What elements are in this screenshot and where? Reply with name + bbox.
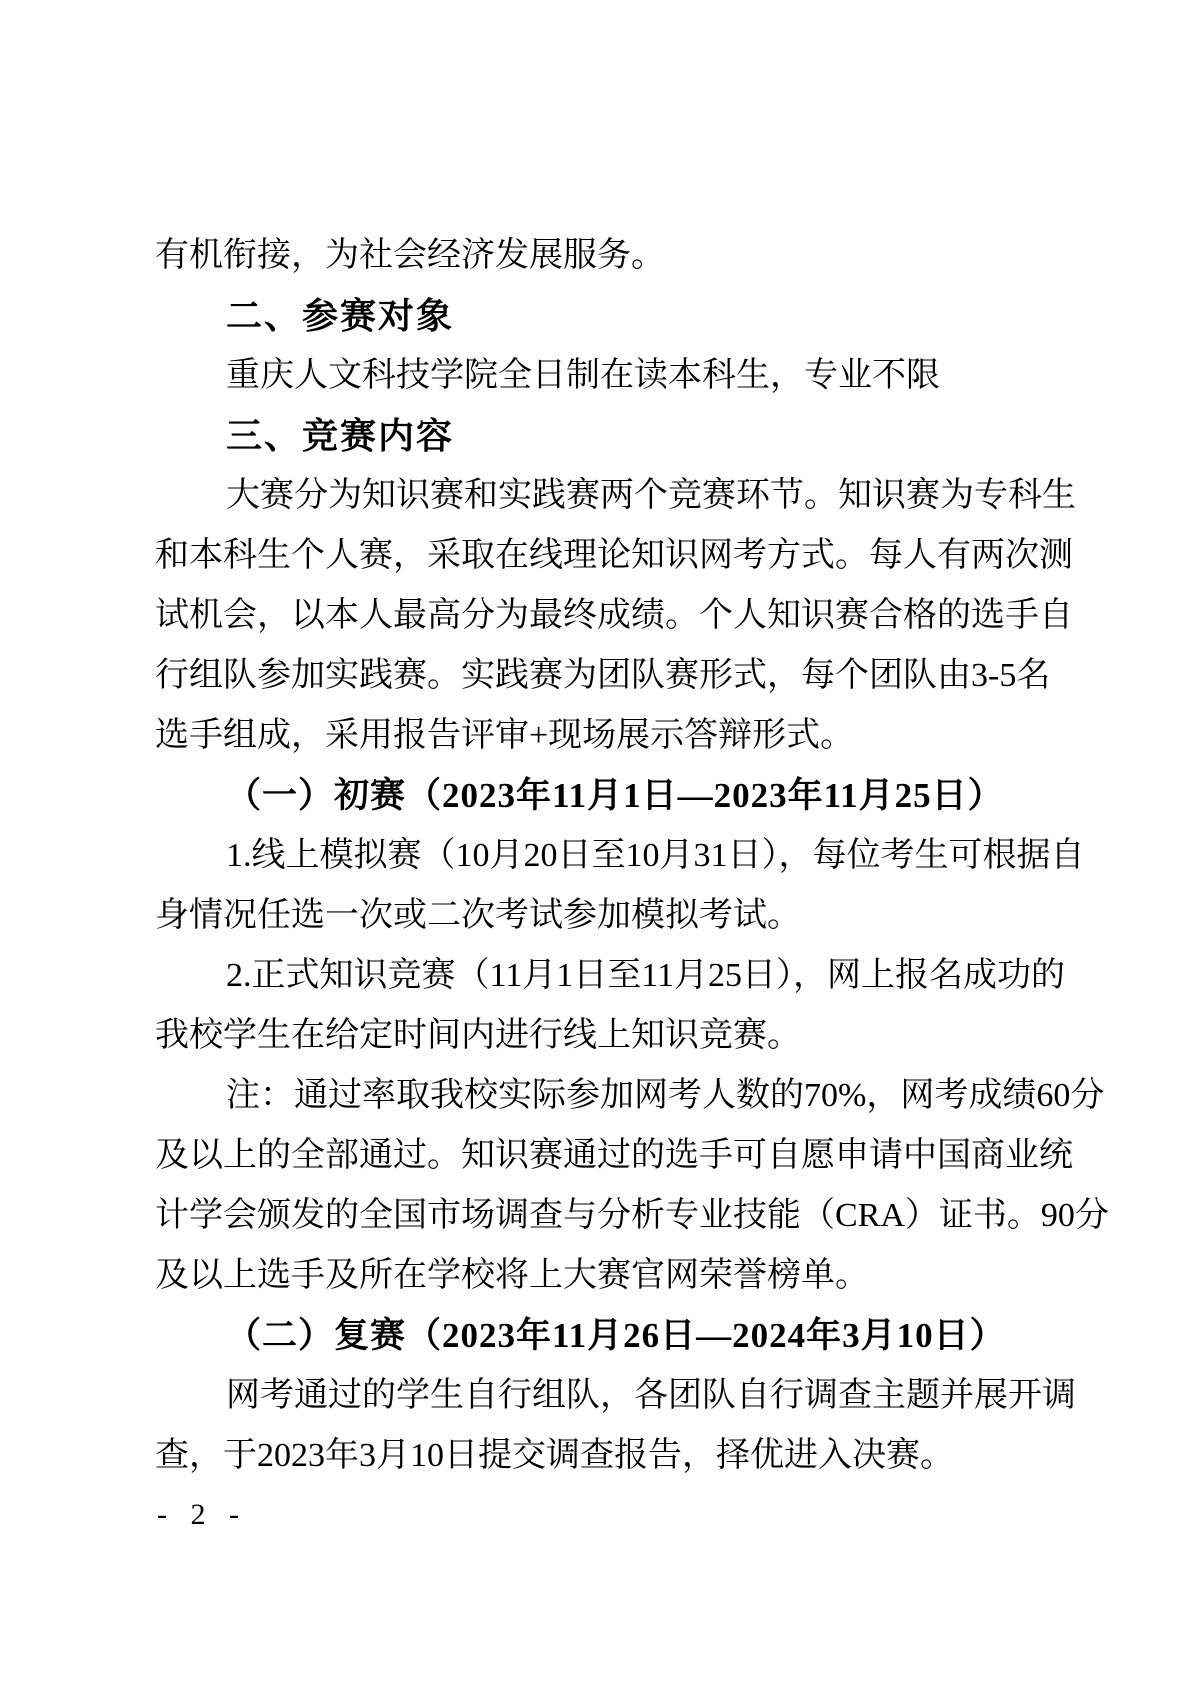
document-line: 查，于2023年3月10日提交调查报告，择优进入决赛。	[155, 1426, 1055, 1486]
document-line: 和本科生个人赛，采取在线理论知识网考方式。每人有两次测	[155, 526, 1055, 586]
document-line: 行组队参加实践赛。实践赛为团队赛形式，每个团队由3-5名	[155, 646, 1055, 706]
document-line: 及以上选手及所在学校将上大赛官网荣誉榜单。	[155, 1246, 1055, 1306]
document-line: 我校学生在给定时间内进行线上知识竞赛。	[155, 1006, 1055, 1066]
page-number: - 2 -	[157, 1498, 247, 1532]
document-line: 重庆人文科技学院全日制在读本科生，专业不限	[155, 346, 1055, 406]
stage-subheading: （二）复赛（2023年11月26日—2024年3月10日）	[155, 1306, 1055, 1366]
stage-subheading: （一）初赛（2023年11月1日—2023年11月25日）	[155, 766, 1055, 826]
document-page: 有机衔接，为社会经济发展服务。二、参赛对象重庆人文科技学院全日制在读本科生，专业…	[0, 0, 1191, 1684]
document-line: 身情况任选一次或二次考试参加模拟考试。	[155, 886, 1055, 946]
section-heading: 三、竞赛内容	[155, 406, 1055, 466]
document-line: 大赛分为知识赛和实践赛两个竞赛环节。知识赛为专科生	[155, 466, 1055, 526]
document-line: 1.线上模拟赛（10月20日至10月31日），每位考生可根据自	[155, 826, 1055, 886]
document-line: 注：通过率取我校实际参加网考人数的70%，网考成绩60分	[155, 1066, 1055, 1126]
document-line: 试机会，以本人最高分为最终成绩。个人知识赛合格的选手自	[155, 586, 1055, 646]
document-line: 有机衔接，为社会经济发展服务。	[155, 226, 1055, 286]
document-line: 及以上的全部通过。知识赛通过的选手可自愿申请中国商业统	[155, 1126, 1055, 1186]
document-line: 网考通过的学生自行组队，各团队自行调查主题并展开调	[155, 1366, 1055, 1426]
document-line: 计学会颁发的全国市场调查与分析专业技能（CRA）证书。90分	[155, 1186, 1055, 1246]
document-body: 有机衔接，为社会经济发展服务。二、参赛对象重庆人文科技学院全日制在读本科生，专业…	[155, 226, 1055, 1486]
section-heading: 二、参赛对象	[155, 286, 1055, 346]
document-line: 选手组成，采用报告评审+现场展示答辩形式。	[155, 706, 1055, 766]
document-line: 2.正式知识竞赛（11月1日至11月25日），网上报名成功的	[155, 946, 1055, 1006]
